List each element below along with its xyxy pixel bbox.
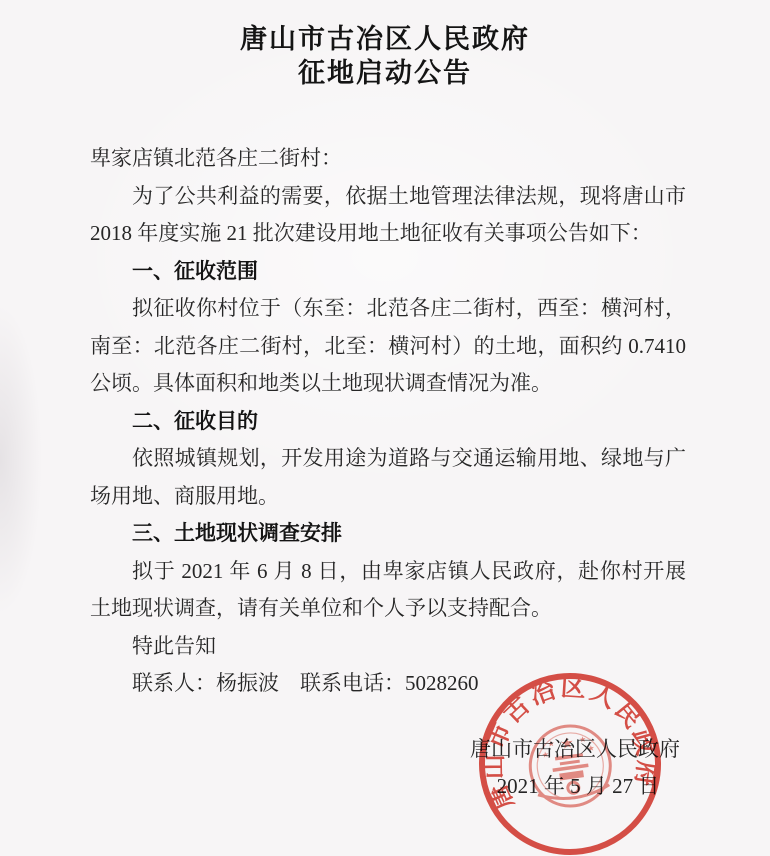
document-title: 唐山市古冶区人民政府 征地启动公告 (0, 0, 770, 90)
signature-block: 唐山市古冶区人民政府 2021 年 5 月 27 日 (470, 731, 686, 806)
document-page: 唐山市古冶区人民政府 征地启动公告 卑家店镇北范各庄二街村： 为了公共利益的需要… (0, 0, 770, 856)
paragraph-contact: 联系人：杨振波 联系电话：5028260 (90, 665, 686, 703)
heading-section-1: 一、征收范围 (90, 253, 686, 291)
paragraph-scope: 拟征收你村位于（东至：北范各庄二街村，西至：横河村，南至：北范各庄二街村，北至：… (90, 290, 686, 403)
signature-date: 2021 年 5 月 27 日 (470, 768, 686, 806)
page-title-line-1: 唐山市古冶区人民政府 (0, 22, 770, 56)
paragraph-purpose: 依照城镇规划，开发用途为道路与交通运输用地、绿地与广场用地、商服用地。 (90, 440, 686, 515)
paragraph-survey: 拟于 2021 年 6 月 8 日，由卑家店镇人民政府，赴你村开展土地现状调查，… (90, 553, 686, 628)
paragraph-notice: 特此告知 (90, 628, 686, 666)
signature-org: 唐山市古冶区人民政府 (470, 731, 686, 769)
page-title-line-2: 征地启动公告 (0, 56, 770, 90)
salutation: 卑家店镇北范各庄二街村： (90, 140, 686, 178)
heading-section-3: 三、土地现状调查安排 (90, 515, 686, 553)
document-body: 卑家店镇北范各庄二街村： 为了公共利益的需要，依据土地管理法律法规，现将唐山市 … (90, 140, 686, 806)
paragraph-intro: 为了公共利益的需要，依据土地管理法律法规，现将唐山市 2018 年度实施 21 … (90, 178, 686, 253)
heading-section-2: 二、征收目的 (90, 403, 686, 441)
